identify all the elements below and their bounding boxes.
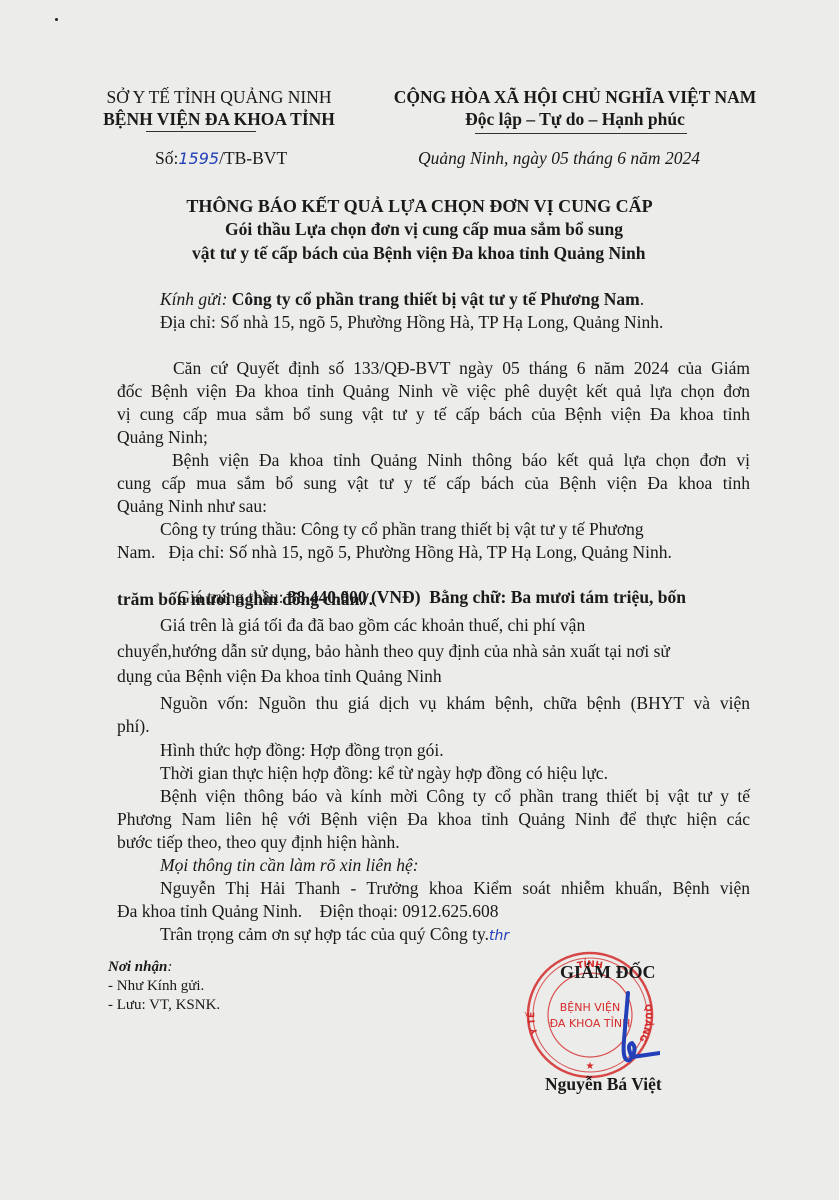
p2-line2: cung cấp mua sắm bổ sung vật tư y tế cấp…	[117, 472, 750, 494]
p1-line2: đốc Bệnh viện Đa khoa tỉnh Quảng Ninh về…	[117, 380, 750, 402]
contract-time: Thời gian thực hiện hợp đồng: kể từ ngày…	[160, 762, 608, 784]
document-number: Số:1595/TB-BVT	[155, 148, 287, 169]
price-note-line1: Giá trên là giá tối đa đã bao gồm các kh…	[160, 614, 585, 636]
p2-line1: Bệnh viện Đa khoa tỉnh Quảng Ninh thông …	[172, 449, 750, 471]
motto: Độc lập – Tự do – Hạnh phúc	[380, 108, 770, 130]
price-note-line2: chuyển,hướng dẫn sử dụng, bảo hành theo …	[117, 640, 670, 662]
country-name: CỘNG HÒA XÃ HỘI CHỦ NGHĨA VIỆT NAM	[380, 86, 770, 108]
doc-number-handwritten: 1595	[178, 149, 219, 168]
doc-number-suffix: /TB-BVT	[219, 148, 287, 168]
org-name: BỆNH VIỆN ĐA KHOA TỈNH	[74, 108, 364, 130]
winner-line2: Nam. Địa chỉ: Số nhà 15, ngõ 5, Phường H…	[117, 541, 672, 563]
winner-line1: Công ty trúng thầu: Công ty cổ phần tran…	[160, 518, 644, 540]
price-line2: trăm bốn mươi nghìn đồng chẵn./.	[117, 588, 373, 610]
national-header: CỘNG HÒA XÃ HỘI CHỦ NGHĨA VIỆT NAM Độc l…	[380, 86, 770, 130]
signer-name: Nguyễn Bá Việt	[545, 1074, 662, 1095]
invite-line1: Bệnh viện thông báo và kính mời Công ty …	[160, 785, 750, 807]
p1-line1: Căn cứ Quyết định số 133/QĐ-BVT ngày 05 …	[173, 357, 750, 379]
price-note-line3: dụng của Bệnh viện Đa khoa tỉnh Quảng Ni…	[117, 665, 442, 687]
recipient-address: Địa chỉ: Số nhà 15, ngõ 5, Phường Hồng H…	[160, 311, 663, 333]
signer-title: GIÁM ĐỐC	[560, 962, 656, 983]
contact-line2: Đa khoa tỉnh Quảng Ninh. Điện thoại: 091…	[117, 900, 499, 922]
funding-line1: Nguồn vốn: Nguồn thu giá dịch vụ khám bệ…	[160, 692, 750, 714]
stamp-center-line2: ĐA KHOA TỈNH	[550, 1016, 631, 1030]
p1-line3: vị cung cấp mua sắm bổ sung vật tư y tế …	[117, 403, 750, 425]
place-date: Quảng Ninh, ngày 05 tháng 6 năm 2024	[418, 148, 700, 169]
thanks-line: Trân trọng cảm ơn sự hợp tác của quý Côn…	[160, 923, 509, 947]
invite-line3: bước tiếp theo, theo quy định hiện hành.	[117, 831, 400, 853]
invite-line2: Phương Nam liên hệ với Bệnh viện Đa khoa…	[117, 808, 750, 830]
contract-form: Hình thức hợp đồng: Hợp đồng trọn gói.	[160, 739, 444, 761]
recipients-label: Nơi nhận	[108, 959, 167, 975]
recipients-block: Nơi nhận: - Như Kính gửi. - Lưu: VT, KSN…	[108, 958, 220, 1015]
document-subtitle-line2: vật tư y tế cấp bách của Bệnh viện Đa kh…	[192, 243, 645, 264]
recipient-period: .	[640, 289, 644, 309]
p2-line3: Quảng Ninh như sau:	[117, 495, 267, 517]
funding-line2: phí).	[117, 715, 150, 737]
document-page: SỞ Y TẾ TỈNH QUẢNG NINH BỆNH VIỆN ĐA KHO…	[0, 0, 839, 1200]
recipient-item: - Lưu: VT, KSNK.	[108, 996, 220, 1015]
recipient-name: Công ty cổ phần trang thiết bị vật tư y …	[232, 289, 640, 309]
doc-number-prefix: Số:	[155, 148, 178, 168]
stamp-right-text: QUẢNG	[637, 1004, 655, 1044]
recipient-line: Kính gửi: Công ty cổ phần trang thiết bị…	[160, 288, 644, 310]
initials-handwritten: thr	[489, 928, 509, 944]
document-subtitle-line1: Gói thầu Lựa chọn đơn vị cung cấp mua sắ…	[225, 219, 623, 240]
stamp-center-line1: BỆNH VIỆN	[560, 1001, 620, 1014]
p1-line4: Quảng Ninh;	[117, 426, 208, 448]
motto-underline	[475, 133, 687, 134]
contact-intro: Mọi thông tin cần làm rõ xin liên hệ:	[160, 854, 419, 876]
org-underline	[146, 131, 256, 132]
issuing-org: SỞ Y TẾ TỈNH QUẢNG NINH BỆNH VIỆN ĐA KHO…	[74, 86, 364, 130]
contact-line1: Nguyễn Thị Hải Thanh - Trưởng khoa Kiểm …	[160, 877, 750, 899]
recipients-colon: :	[167, 959, 172, 975]
recipient-item: - Như Kính gửi.	[108, 977, 220, 996]
document-title: THÔNG BÁO KẾT QUẢ LỰA CHỌN ĐƠN VỊ CUNG C…	[0, 195, 839, 218]
svg-text:QUẢNG: QUẢNG	[637, 1004, 655, 1044]
thanks-text: Trân trọng cảm ơn sự hợp tác của quý Côn…	[160, 924, 489, 944]
org-parent: SỞ Y TẾ TỈNH QUẢNG NINH	[74, 86, 364, 108]
scan-speck	[55, 18, 58, 21]
recipient-label: Kính gửi:	[160, 289, 227, 309]
svg-text:★: ★	[586, 1061, 595, 1072]
